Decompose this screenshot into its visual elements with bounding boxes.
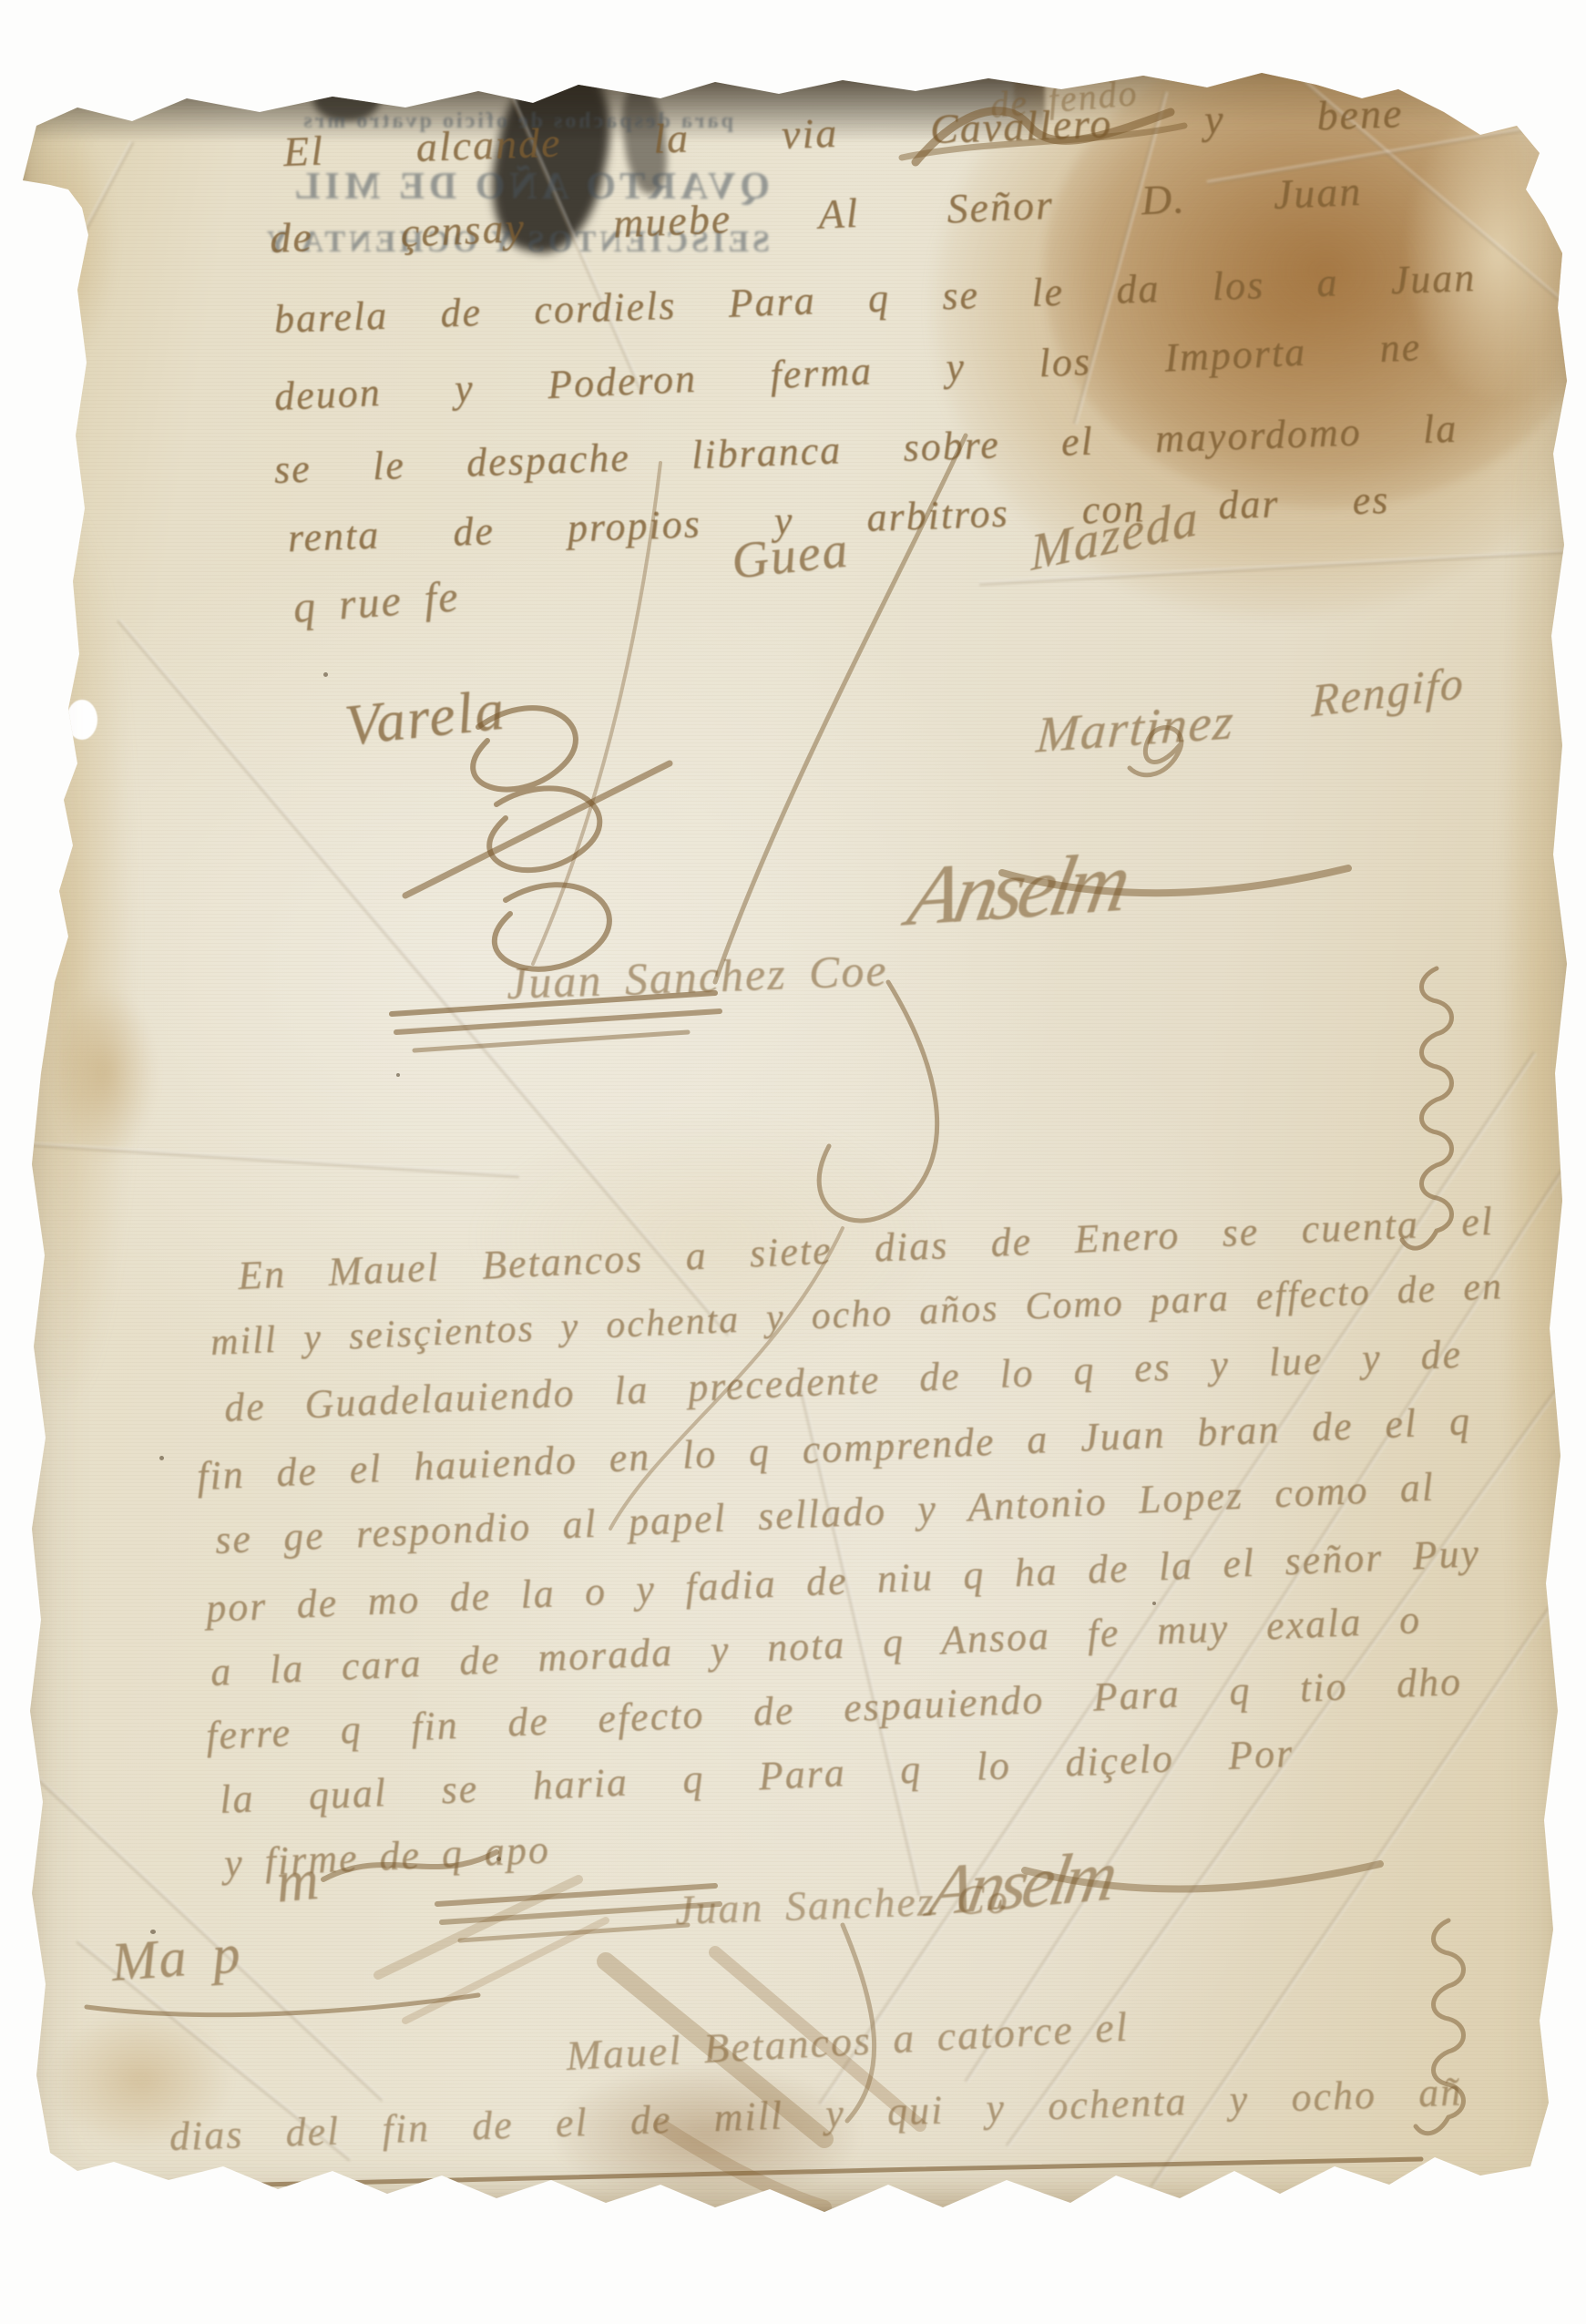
ink-speck [323,672,328,677]
q-mark: q rue fe [292,571,461,633]
ink-speck [396,1073,400,1077]
ma-underline [87,1995,478,2015]
sanchez-underline-2 [396,1011,720,1032]
ink-smear-4 [405,1920,606,2021]
stain-top-left-edge [5,126,114,363]
crease-top-left [57,140,134,279]
manuscript-line: y firme de q apo [223,1826,551,1887]
bottom-rule [182,2159,1421,2186]
guea-mark: Guea [729,520,852,590]
stain-right-band [1503,417,1581,1738]
soot-speck-1 [793,71,816,82]
ma-mark: Ma p [109,1922,243,1994]
bottom-date-line-b: dias del fin de el de mill y qui y ochen… [169,2068,1463,2160]
scanned-manuscript: para despachos de oficio qvatro mrs QVAR… [0,0,1586,2324]
stain-corner-fold-light [1407,107,1586,399]
stain-left-mid [55,991,155,1155]
soot-speck-2 [920,77,938,86]
ink-smear-3 [378,1879,578,1975]
manuscript-line: deuon y Poderon ferma y los Importa ne [273,323,1422,420]
juan-sanchez-signature: Juan Sanchez Coe [506,943,888,1009]
crease-horizontal-left [23,1142,519,1178]
paper-hole [67,700,97,740]
soot-speck-3 [1043,73,1063,82]
ink-speck [1152,1602,1156,1605]
ink-speck [159,1456,164,1460]
rengifo-signature: Rengifo [1311,655,1465,727]
m-mark: m [273,1846,322,1917]
sanchez-underline-3 [414,1032,688,1050]
anselm-flourish-signature: Anselm [901,833,1133,946]
sanchez-descender [819,982,936,1221]
martinez-signature: Martinez [1034,692,1236,765]
manuscript-page: para despachos de oficio qvatro mrs QVAR… [23,71,1571,2212]
varela-signature: Varela [342,676,508,760]
stain-left-band [0,508,132,1401]
bottom-date-line-a: Mauel Betancos a catorce el [565,2002,1130,2080]
sanchez2-underline-3 [460,1925,688,1940]
varela-rubric [473,708,609,969]
varela-slash [405,763,670,896]
